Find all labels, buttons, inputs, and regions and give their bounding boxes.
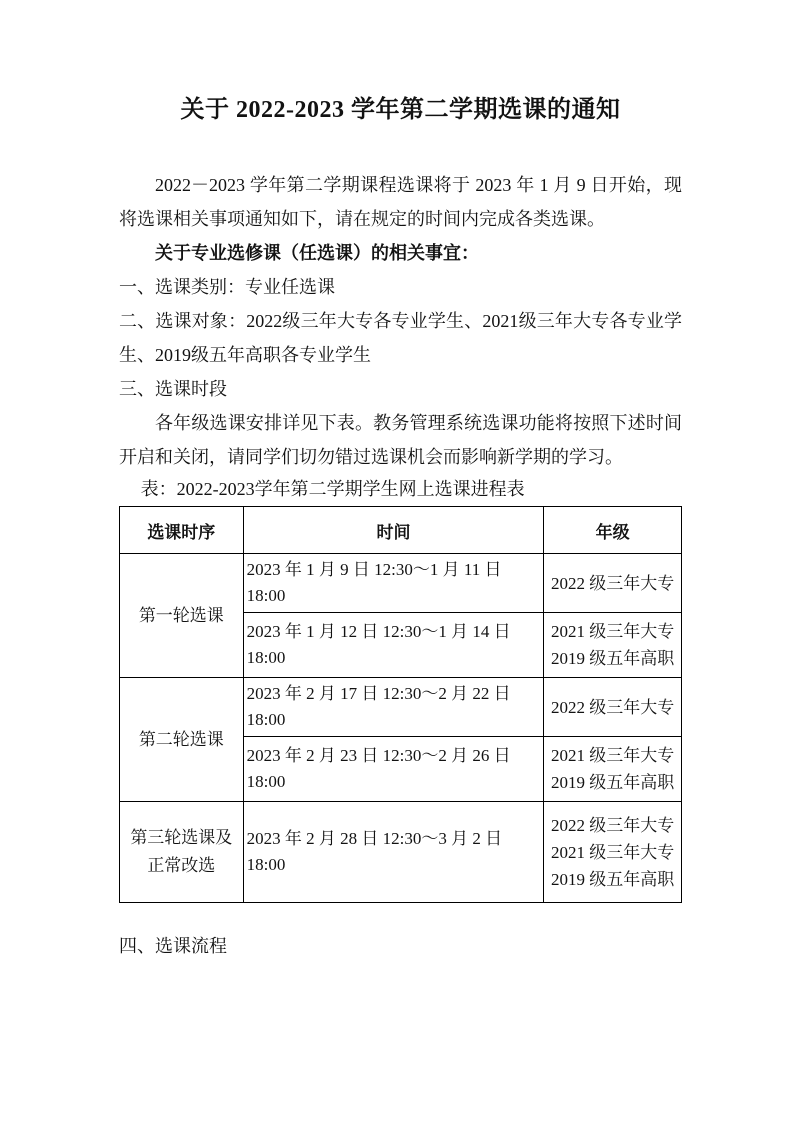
phase-cell-round3: 第三轮选课及正常改选 — [120, 802, 244, 903]
grade-line: 2021 级三年大专 — [547, 742, 678, 769]
grade-line: 2019 级五年高职 — [547, 866, 678, 893]
header-cell-phase: 选课时序 — [120, 507, 244, 554]
table-row: 第一轮选课 2023 年 1 月 9 日 12:30～1 月 11 日 18:0… — [120, 554, 682, 613]
header-cell-grade: 年级 — [544, 507, 682, 554]
grade-line: 2022 级三年大专 — [547, 812, 678, 839]
grade-line: 2022 级三年大专 — [547, 570, 678, 597]
section-subheading: 关于专业选修课（任选课）的相关事宜： — [119, 236, 682, 270]
phase-cell-round1: 第一轮选课 — [120, 554, 244, 678]
intro-paragraph: 2022－2023 学年第二学期课程选课将于 2023 年 1 月 9 日开始，… — [119, 168, 682, 236]
table-caption: 表：2022-2023学年第二学期学生网上选课进程表 — [119, 474, 682, 504]
grade-line: 2021 级三年大专 — [547, 839, 678, 866]
grade-cell: 2022 级三年大专 2021 级三年大专 2019 级五年高职 — [544, 802, 682, 903]
table-header-row: 选课时序 时间 年级 — [120, 507, 682, 554]
list-item-category: 一、选课类别：专业任选课 — [119, 270, 682, 304]
time-cell: 2023 年 2 月 17 日 12:30～2 月 22 日 18:00 — [243, 678, 544, 737]
time-cell: 2023 年 1 月 12 日 12:30～1 月 14 日 18:00 — [243, 613, 544, 678]
table-row: 第二轮选课 2023 年 2 月 17 日 12:30～2 月 22 日 18:… — [120, 678, 682, 737]
grade-cell: 2022 级三年大专 — [544, 678, 682, 737]
grade-line: 2019 级五年高职 — [547, 769, 678, 796]
grade-cell: 2022 级三年大专 — [544, 554, 682, 613]
time-cell: 2023 年 2 月 23 日 12:30～2 月 26 日 18:00 — [243, 737, 544, 802]
grade-line: 2022 级三年大专 — [547, 694, 678, 721]
document-page: 关于 2022-2023 学年第二学期选课的通知 2022－2023 学年第二学… — [0, 0, 793, 1122]
list-item-period: 三、选课时段 — [119, 372, 682, 406]
list-item-audience: 二、选课对象：2022级三年大专各专业学生、2021级三年大专各专业学生、201… — [119, 304, 682, 372]
grade-cell: 2021 级三年大专 2019 级五年高职 — [544, 737, 682, 802]
time-cell: 2023 年 2 月 28 日 12:30～3 月 2 日 18:00 — [243, 802, 544, 903]
grade-cell: 2021 级三年大专 2019 级五年高职 — [544, 613, 682, 678]
list-item-process: 四、选课流程 — [119, 929, 682, 963]
grade-line: 2019 级五年高职 — [547, 645, 678, 672]
document-title: 关于 2022-2023 学年第二学期选课的通知 — [119, 92, 682, 128]
course-selection-schedule-table: 选课时序 时间 年级 第一轮选课 2023 年 1 月 9 日 12:30～1 … — [119, 506, 682, 903]
table-row: 第三轮选课及正常改选 2023 年 2 月 28 日 12:30～3 月 2 日… — [120, 802, 682, 903]
phase-cell-round2: 第二轮选课 — [120, 678, 244, 802]
time-cell: 2023 年 1 月 9 日 12:30～1 月 11 日 18:00 — [243, 554, 544, 613]
schedule-note-paragraph: 各年级选课安排详见下表。教务管理系统选课功能将按照下述时间开启和关闭，请同学们切… — [119, 406, 682, 474]
header-cell-time: 时间 — [243, 507, 544, 554]
grade-line: 2021 级三年大专 — [547, 618, 678, 645]
